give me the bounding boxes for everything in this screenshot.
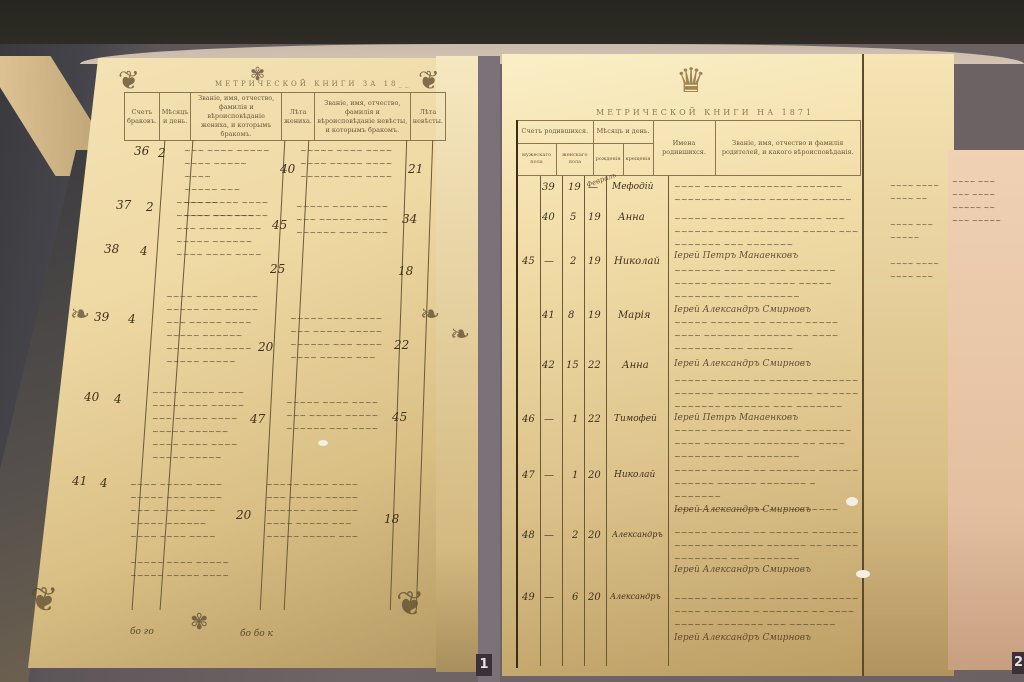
child-name: Мефодій [612,182,653,192]
marriage-day: 4 [100,476,108,490]
header-month-day: Мѣсяцъ и день. [159,93,191,141]
priest-signature: Іерей Александръ Смирновъ [674,632,811,645]
female-count: 39 [542,182,555,193]
groom-age: 40 [280,162,295,176]
female-count: 41 [542,310,555,321]
marriage-day: 2 [146,200,154,214]
header-male: мужескаго пола [517,143,557,175]
female-count: — [544,414,554,425]
marriage-day: 4 [128,312,136,326]
column-rule [562,176,563,666]
marriage-day: 2 [158,146,166,160]
child-name: Анна [618,212,645,223]
column-rule [540,176,541,666]
baptized-day: 20 [588,530,601,541]
priest-signature: Іерей Александръ Смирновъ [674,564,811,577]
bride-age: 22 [394,338,409,352]
baptized-day: 19 [588,256,601,267]
male-count: 45 [522,256,535,267]
header-month-day: Мѣсяцъ и день. [593,121,653,144]
ornament-side-icon: ❧ [70,300,90,328]
page-divider [478,56,500,682]
priest-signature: Іерей Александръ Смирновъ [674,358,811,371]
marriage-number: 38 [104,242,119,256]
parents-text: ~~~~~ ~~~~~~ ~~ ~~~~~~ ~~~~~~~ ~~~~~~ ~~… [674,526,860,565]
handwritten-groom-text: ~~~~ ~~~~~ ~~~~ ~~~~~ ~~~ ~~~~~ ~~~ ~~~~… [166,290,262,368]
marriage-number: 41 [72,474,87,488]
ornament-corner-icon: ❦ [30,580,59,620]
right-book-title: МЕТРИЧЕСКОЙ КНИГИ НА 1871 [596,108,814,117]
groom-age: 25 [270,262,285,276]
baptized-day: 20 [588,592,601,603]
imperial-eagle-icon: ♛ [660,60,722,102]
handwritten-groom-text: ~~~~ ~~~~~ ~~~~ ~~~~~ ~~~ ~~~~~ ~~~ ~~~~… [176,196,272,261]
header-groom: Званіе, имя, отчество, фамилія и вѣроисп… [191,93,281,141]
male-count: 46 [522,414,535,425]
baptized-day: 22 [588,360,601,371]
bride-age: 34 [402,212,417,226]
groom-age: 45 [272,218,287,232]
parents-text: ~~~~~ ~~~~~ ~~ ~~~~~~ ~~~~~~~ ~~~~ ~~~~~… [674,424,860,463]
groom-age: 20 [236,508,251,522]
born-day: 1 [572,470,578,481]
female-count: — [544,592,554,603]
child-name: Николай [614,256,660,267]
left-register-header: Счетъ браковъ. Мѣсяцъ и день. Званіе, им… [124,92,446,141]
parents-text: ~~~~~ ~~~~~~ ~~ ~~~~~ ~~~~~ ~~~~ ~~~~~~~… [674,316,860,355]
header-birth-count: Счетъ родившихся. [517,121,594,144]
born-day: 6 [572,592,578,603]
child-name: Александръ [610,592,661,601]
header-bride: Званіе, имя, отчество, фамилія и вѣроисп… [314,93,410,141]
marriage-number: 40 [84,390,99,404]
born-day: 5 [570,212,576,223]
header-parents: Званіе, имя, отчество и фамилія родителе… [715,121,860,176]
handwritten-bride-text: ~~~~~ ~~~~ ~~~~ ~~~ ~~~~~ ~~~~~ ~~~~~~ ~… [266,478,374,543]
right-edge-text: ~~~~ ~~~~ ~~~~ ~~ ~~~~ ~~~ ~~~~~ ~~~~ ~~… [890,180,950,284]
born-day: 2 [570,256,576,267]
footer-mark: бо го [130,626,154,639]
female-count: — [544,470,554,481]
paper-damage [856,570,870,578]
header-bride-age: Лѣта невѣсты. [410,93,445,141]
ornament-side-icon: ❧ [420,300,440,328]
header-marriage-count: Счетъ браковъ. [125,93,160,141]
male-count: 49 [522,592,535,603]
parents-text: ~~~~~ ~~~~~~ ~~ ~~~~~~ ~~~~~~~ ~~~~~~ ~~… [674,374,860,413]
born-day: 8 [568,310,574,321]
born-day: 1 [572,414,578,425]
male-count: 47 [522,470,535,481]
header-groom-age: Лѣта жениха. [281,93,314,141]
left-book-title: МЕТРИЧЕСКОЙ КНИГИ ЗА 18__ [215,80,412,88]
child-name: Марія [618,310,650,321]
bride-age: 18 [384,512,399,526]
baptized-day: 19 [588,212,601,223]
panel-label-2: 2 [1012,652,1024,674]
female-count: — [544,256,554,267]
marriage-number: 39 [94,310,109,324]
header-baptized: крещенія [623,143,653,175]
footer-mark: бо бо к [240,628,273,641]
ornament-bottom-icon: ✾ [190,610,208,635]
child-name: Тимофей [614,414,657,424]
handwritten-bride-text: ~~~~~ ~~~~ ~~~~ ~~~~ ~~~~~ ~~~~ ~~~~~~ ~… [300,144,400,183]
priest-signature: Іерей Александръ Смирновъ [674,504,811,517]
parents-text: ~~~~~ ~~~~~~ ~~ ~~~~~~ ~~~~~~~ ~~~~ ~~~~… [674,592,860,631]
born-day: 2 [572,530,578,541]
baptized-day: 19 [588,310,601,321]
male-count: 48 [522,530,535,541]
marriage-number: 36 [134,144,149,158]
bride-age: 45 [392,410,407,424]
female-count: 42 [542,360,555,371]
adjacent-page-text: ~~~~ ~~~ ~~~ ~~~~ ~~~~~ ~~ ~~~ ~~~~~ [952,176,1022,228]
column-rule [516,120,518,668]
bride-age: 21 [408,162,423,176]
handwritten-bride-text: ~~~~~ ~~~~ ~~~~ ~~~ ~~~~~ ~~~~~ ~~~~~~ ~… [296,200,396,239]
female-count: — [544,530,554,541]
bride-age: 18 [398,264,413,278]
marriage-day: 4 [114,392,122,406]
parents-text: ~~~~ ~~~~~ ~~~~~~~~ ~~~~~~~ ~~~~~~~ ~~ ~… [674,180,860,206]
parents-text: ~~~~~ ~~~~~~~~ ~~~ ~~~~~ ~~~ ~~~~~~ ~~~~… [674,212,860,251]
column-rule [584,176,585,666]
right-register-page-edge [862,54,954,676]
paper-damage [318,440,328,446]
parents-text: ~~~~~~~ ~~~ ~~~~~~ ~~~~~~~ ~~~~~ ~~~~~~ … [674,264,860,303]
handwritten-groom-text: ~~~~ ~~~~~ ~~~~ ~~~~~ ~~~ ~~~~~ ~~~ ~~~~… [152,386,252,464]
marriage-day: 4 [140,244,148,258]
handwritten-bride-text: ~~~~~ ~~~~ ~~~~ ~~~ ~~~~~ ~~~~~ ~~~~~~ ~… [290,312,390,364]
priest-signature: Іерей Петръ Манаенковъ [674,250,798,263]
column-rule [606,176,607,666]
baptized-day: 20 [588,470,601,481]
ornament-side-icon: ❧ [450,320,470,348]
child-name: Анна [622,360,649,371]
column-rule [668,176,669,666]
right-register-header: Счетъ родившихся. Мѣсяцъ и день. Имена р… [516,120,861,176]
female-count: 40 [542,212,555,223]
header-female: женскаго пола [557,143,594,175]
marriage-number: 37 [116,198,131,212]
born-day: 15 [566,360,579,371]
born-day: 19 [568,182,581,193]
ornament-corner-icon: ❦ [396,584,425,624]
adjacent-document-page [948,150,1024,670]
baptized-day: — [588,182,598,193]
child-name: Николай [614,470,655,480]
header-names: Имена родившихся. [653,121,715,176]
handwritten-bride-text: ~~~~~ ~~~~ ~~~~ ~~~ ~~~~~ ~~~~~ ~~~~~~ ~… [286,396,386,435]
handwritten-groom-text: ~~~~ ~~~~~ ~~~~ ~~~~~ ~~~ ~~~~~ ~~~ ~~~~… [130,478,234,582]
paper-damage [846,497,858,506]
groom-age: 47 [250,412,265,426]
child-name: Александръ [612,530,663,539]
panel-label-1: 1 [476,654,492,676]
baptized-day: 22 [588,414,601,425]
